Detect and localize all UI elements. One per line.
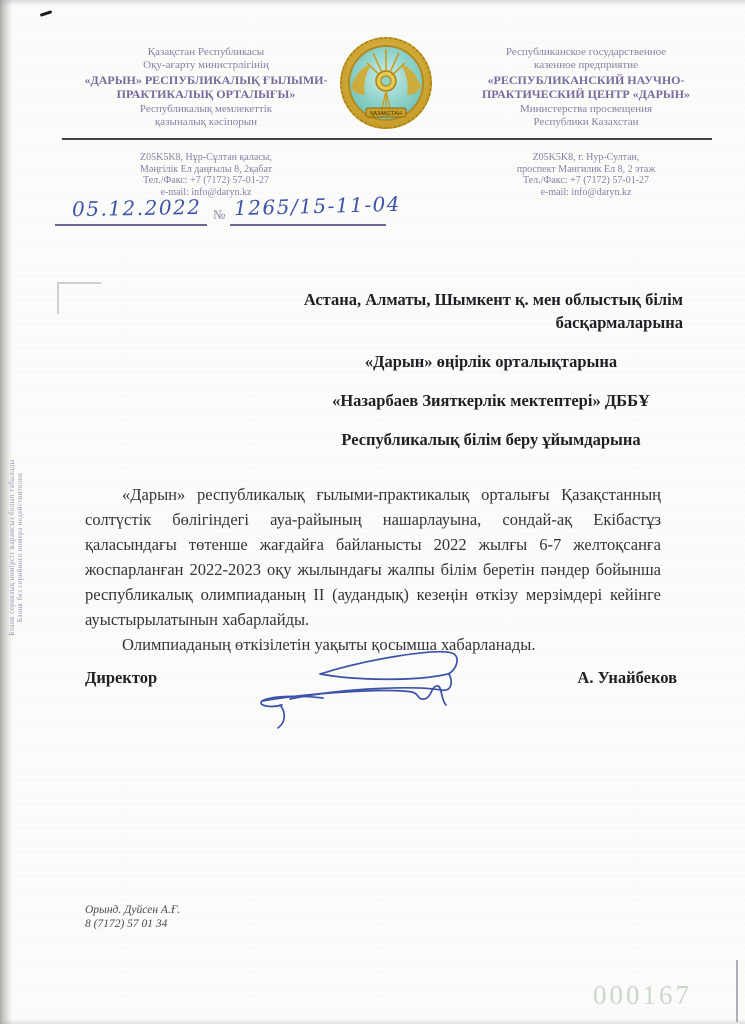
recipient-republican-organizations: Республикалық білім беру ұйымдарына [299,428,683,451]
executor-phone: 8 (7172) 57 01 34 [85,917,180,931]
org-type-kk-1: Республикалық мемлекеттік [60,103,352,116]
signer-title: Директор [85,668,157,688]
handwritten-signature [228,642,468,734]
scanned-letter-page: { "colors": { "letterhead_text": "#8a7da… [0,0,745,1024]
side-note-vertical: Бланк сериялық нөмірсіз жарамсыз болып т… [8,440,24,655]
letter-body: «Дарын» республикалық ғылыми-практикалық… [85,482,661,657]
address-ru-2: проспект Мангилик Ел 8, 2 этаж [440,164,732,176]
ministry-name-ru-1: Республиканское государственное [440,46,732,59]
org-name-kk: «ДАРЫН» РЕСПУБЛИКАЛЫҚ ҒЫЛЫМИ-ПРАКТИКАЛЫҚ… [71,74,341,101]
scan-edge-top [0,0,745,6]
address-kk-2: Мәңгілік Ел даңғылы 8, 2қабат [60,164,352,176]
address-ru-4: e-mail: info@daryn.kz [440,187,732,199]
letterhead-kazakh: Қазақстан Республикасы Оқу-ағарту минист… [60,46,352,129]
emblem-banner-text: ҚАЗАҚСТАН [370,111,402,117]
address-kk-1: Z05K5K8, Нұр-Сұлтан қаласы, [60,152,352,164]
ministry-name-ru-2: казенное предприятие [440,59,732,72]
letterhead-russian: Республиканское государственное казенное… [440,46,732,129]
body-paragraph-1: «Дарын» республикалық ғылыми-практикалық… [85,482,661,632]
side-note-line-kk: Бланк сериялық нөмірсіз жарамсыз болып т… [8,440,16,655]
number-sign: № [213,207,225,223]
executor-block: Орынд. Дуйсен А.Ғ. 8 (7172) 57 01 34 [85,903,180,931]
handwritten-outgoing-number: 1265/15-11-04 [234,192,402,220]
kazakhstan-coat-of-arms-emblem: ҚАЗАҚСТАН [337,35,435,135]
address-kk-3: Тел./Факс: +7 (7172) 57-01-27 [60,175,352,187]
address-ru-1: Z05K5K8, г. Нур-Султан, [440,152,732,164]
emblem-graphic: ҚАЗАҚСТАН [337,35,435,135]
org-type-kk-2: қазыналық кәсіпорын [60,116,352,129]
ministry-name-kk-1: Қазақстан Республикасы [60,46,352,59]
scan-edge-right-line [736,960,738,1022]
form-serial-number: 000167 [593,980,692,1011]
number-underline [230,224,386,226]
recipient-education-departments: Астана, Алматы, Шымкент қ. мен облыстық … [299,288,683,334]
executor-name: Орынд. Дуйсен А.Ғ. [85,903,180,917]
handwritten-date: 05.12.2022 [72,195,202,221]
scan-edge-bottom [0,1019,745,1024]
corner-registration-mark [57,282,101,314]
letterhead-divider-rule [62,138,712,140]
recipient-daryn-regional-centers: «Дарын» өңірлік орталықтарына [299,350,683,373]
side-note-line-ru: Бланк без серийного номера недействителе… [16,440,24,655]
address-block-russian: Z05K5K8, г. Нур-Султан, проспект Мангили… [440,152,732,198]
signer-name: А. Унайбеков [577,668,677,688]
recipient-nis-schools: «Назарбаев Зияткерлік мектептері» ДББҰ [299,389,683,412]
address-block-kazakh: Z05K5K8, Нұр-Сұлтан қаласы, Мәңгілік Ел … [60,152,352,198]
staple-mark [40,10,52,17]
org-type-ru-1: Министерства просвещения [440,103,732,116]
org-type-ru-2: Республики Казахстан [440,116,732,129]
date-underline [55,224,207,226]
ministry-name-kk-2: Оқу-ағарту министрлігінің [60,59,352,72]
org-name-ru: «РЕСПУБЛИКАНСКИЙ НАУЧНО-ПРАКТИЧЕСКИЙ ЦЕН… [451,74,721,101]
recipients-block: Астана, Алматы, Шымкент қ. мен облыстық … [299,288,683,467]
address-ru-3: Тел./Факс: +7 (7172) 57-01-27 [440,175,732,187]
